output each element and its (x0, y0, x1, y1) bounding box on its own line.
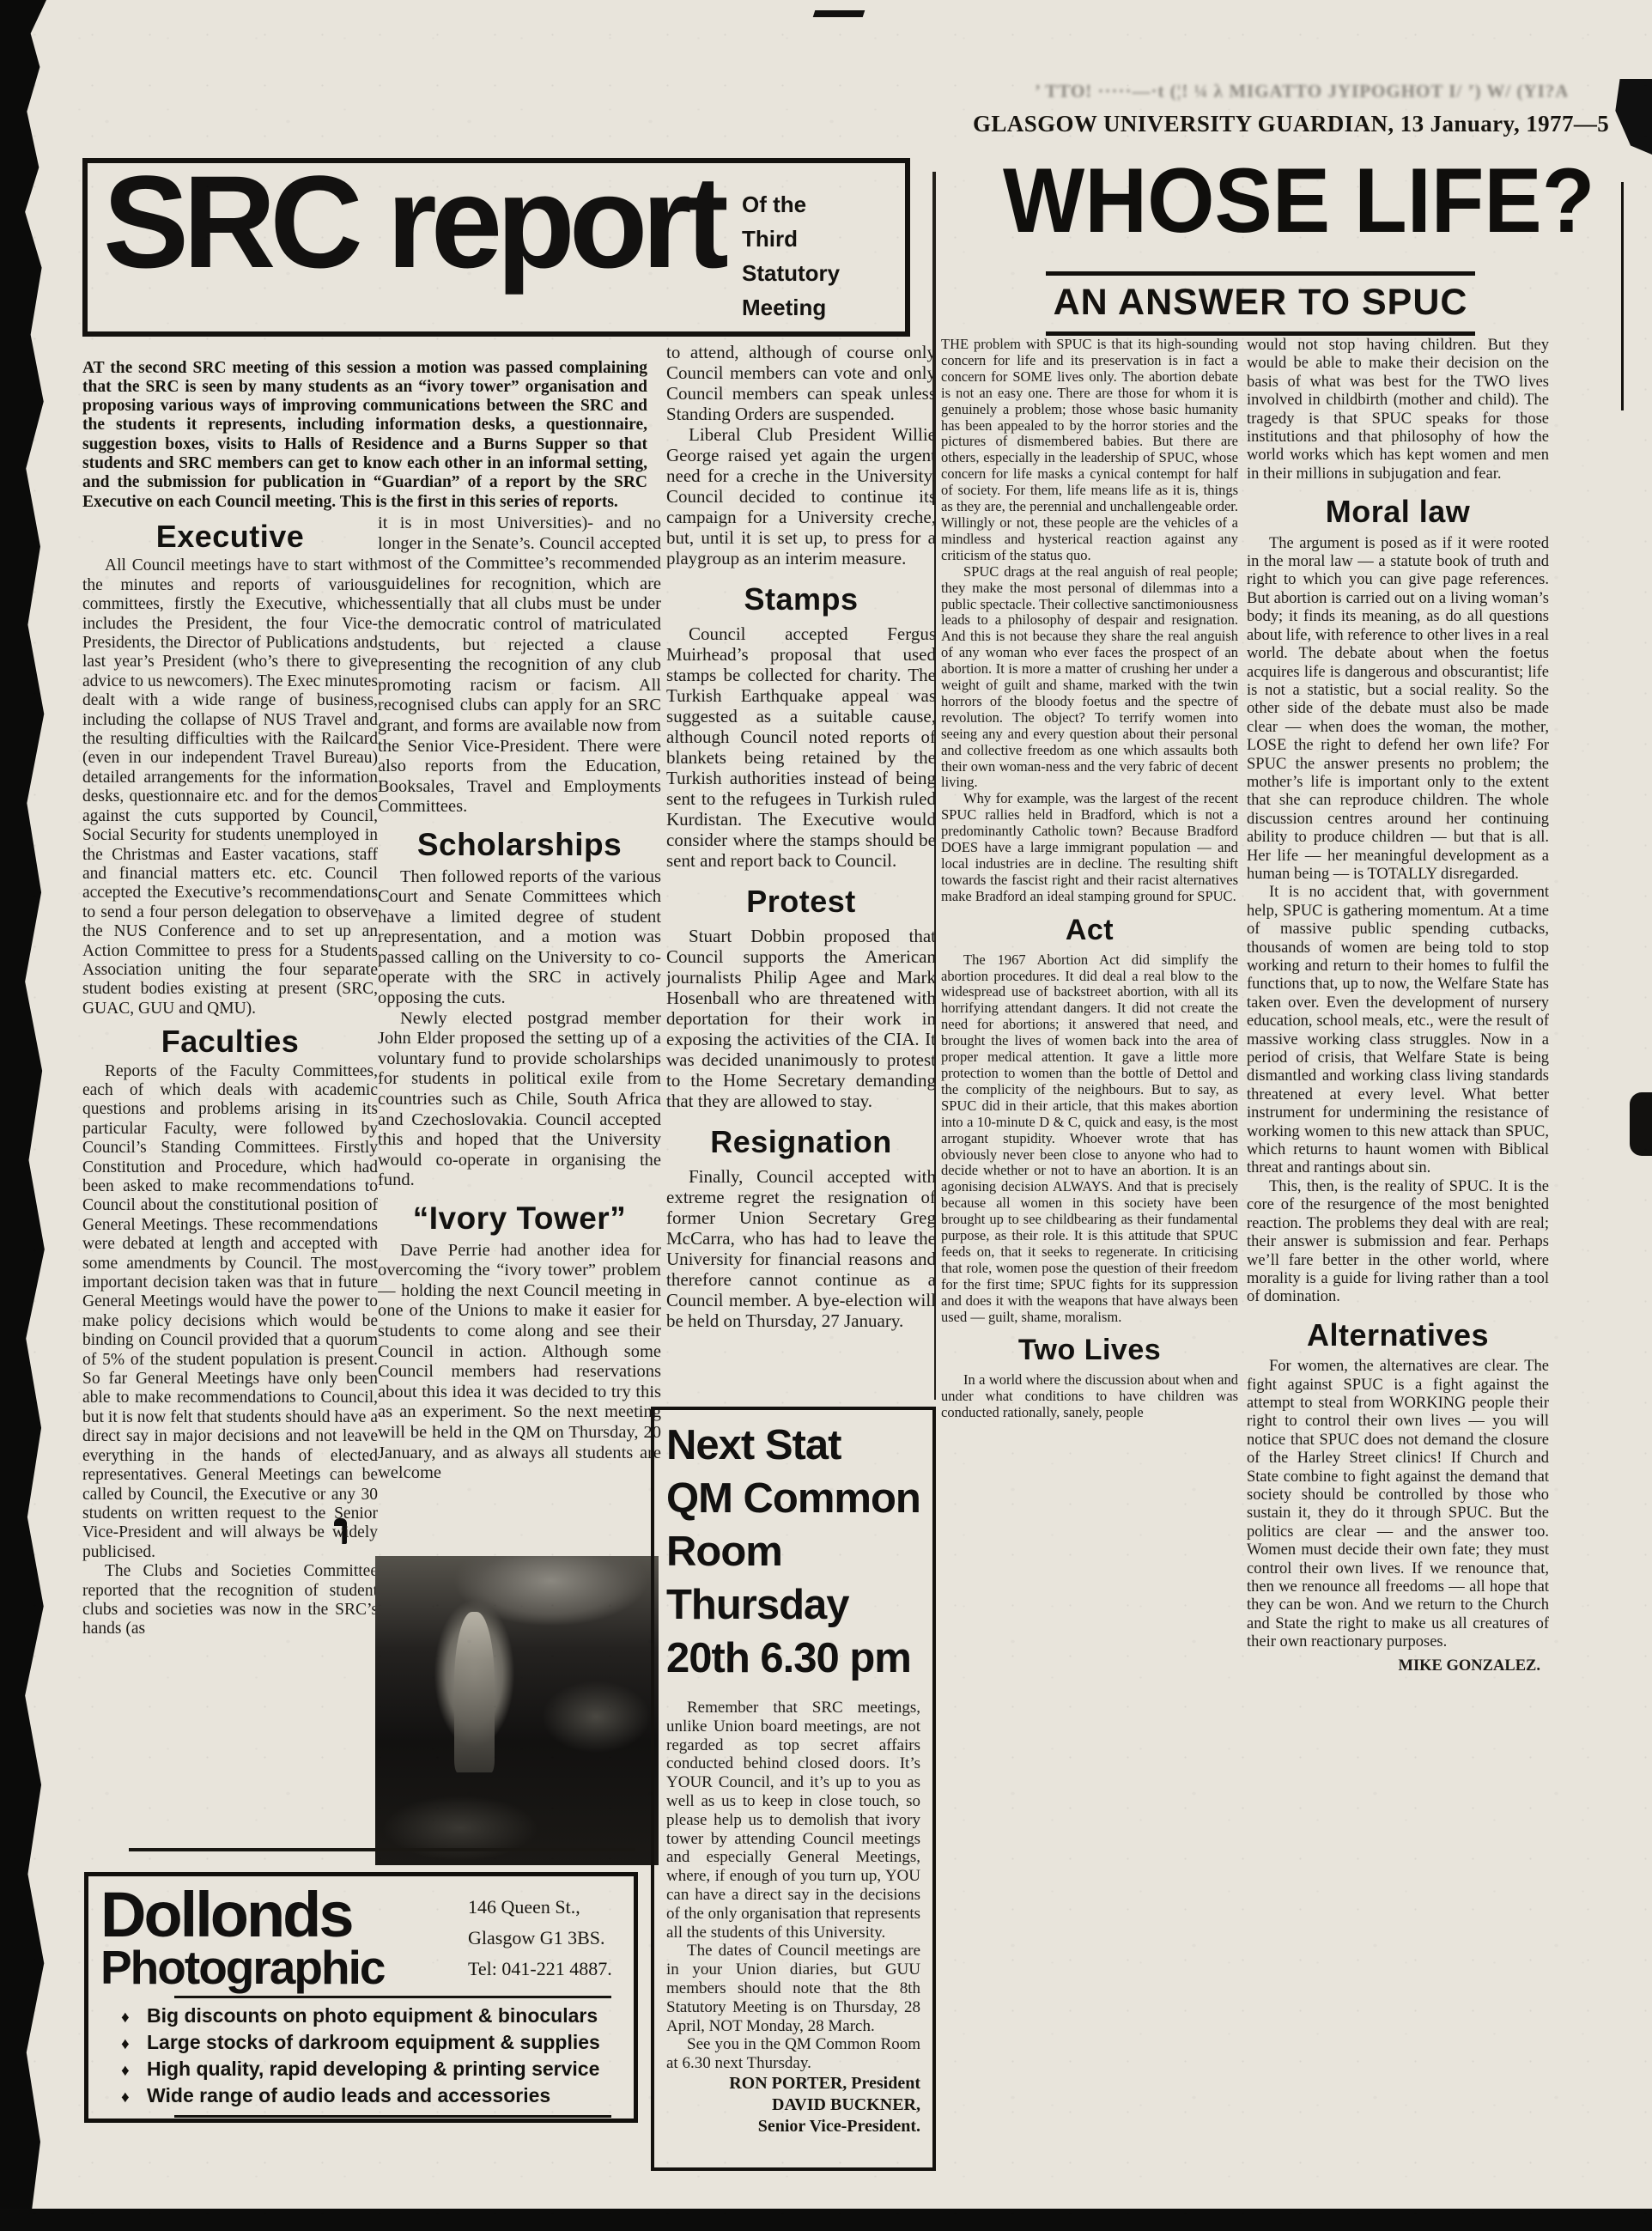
src-column-2: it is in most Universities)- and no long… (378, 514, 661, 1549)
article-paragraph: Liberal Club President Willie George rai… (666, 424, 936, 568)
diamond-bullet-icon: ♦ (121, 2005, 147, 2030)
whose-life-column-2: would not stop having children. But they… (1247, 337, 1549, 2197)
article-paragraph: For women, the alternatives are clear. T… (1247, 1358, 1549, 1652)
ad-bullet-item: ♦Large stocks of darkroom equipment & su… (121, 2030, 622, 2057)
scan-right-line (1621, 182, 1624, 410)
signature-vice-president: DAVID BUCKNER, (666, 2094, 920, 2116)
article-paragraph: The Clubs and Societies Committee report… (82, 1562, 378, 1639)
signature-president: RON PORTER, President (666, 2073, 920, 2094)
section-heading-stamps: Stamps (666, 589, 936, 610)
subtitle-rule-bottom (1046, 331, 1475, 336)
next-stat-meeting-box: Next Stat QM Common Room Thursday 20th 6… (651, 1407, 936, 2171)
signature-vice-president-title: Senior Vice-President. (666, 2116, 920, 2137)
whose-life-title: WHOSE LIFE? (1003, 155, 1594, 246)
section-heading-faculties: Faculties (82, 1032, 378, 1051)
ad-bullet-text: High quality, rapid developing & printin… (147, 2058, 599, 2080)
horizontal-rule (129, 1848, 635, 1851)
whose-life-column-1: THE problem with SPUC is that its high-s… (941, 337, 1238, 2197)
section-heading-scholarships: Scholarships (378, 835, 661, 855)
article-paragraph: THE problem with SPUC is that its high-s… (941, 337, 1238, 564)
src-report-title: SRC report (103, 149, 723, 294)
ad-bullet-item: ♦High quality, rapid developing & printi… (121, 2057, 622, 2083)
article-paragraph: SPUC drags at the real anguish of real p… (941, 564, 1238, 792)
ad-bullet-item: ♦Wide range of audio leads and accessori… (121, 2083, 622, 2110)
whose-life-subtitle-block: AN ANSWER TO SPUC (1046, 271, 1475, 336)
article-paragraph: would not stop having children. But they… (1247, 337, 1549, 483)
article-paragraph: Remember that SRC meetings, unlike Union… (666, 1699, 920, 1942)
scan-top-dash (813, 10, 865, 17)
subtitle-line: Statutory (742, 256, 840, 290)
ad-address: 146 Queen St., Glasgow G1 3BS. Tel: 041-… (468, 1892, 631, 1985)
article-paragraph: Dave Perrie had another idea for overcom… (378, 1241, 661, 1484)
subtitle-line: Meeting (742, 290, 840, 325)
photo-figure-silhouette (454, 1612, 494, 1772)
section-heading-protest: Protest (666, 891, 936, 912)
article-paragraph: Stuart Dobbin proposed that Council supp… (666, 926, 936, 1111)
diamond-bullet-icon: ♦ (121, 2085, 147, 2110)
meeting-notice-line: QM Common (666, 1472, 920, 1525)
meeting-notice-line: Room (666, 1525, 920, 1578)
council-meeting-photo (375, 1556, 659, 1865)
src-column-1: Executive All Council meetings have to s… (82, 514, 378, 1843)
meeting-notice-text: Remember that SRC meetings, unlike Union… (666, 1699, 920, 2137)
diamond-bullet-icon: ♦ (121, 2032, 147, 2057)
ad-bullet-list: ♦Big discounts on photo equipment & bino… (100, 2003, 622, 2110)
section-heading-moral-law: Moral law (1247, 502, 1549, 520)
src-report-masthead: SRC report Of the Third Statutory Meetin… (82, 158, 910, 337)
dollonds-ad: Dollonds Photographic 146 Queen St., Gla… (84, 1872, 638, 2123)
column-rule (934, 339, 936, 1400)
article-paragraph: All Council meetings have to start with … (82, 556, 378, 1018)
article-paragraph: Reports of the Faculty Committees, each … (82, 1062, 378, 1563)
author-byline: MIKE GONZALEZ. (1247, 1657, 1549, 1675)
ad-bullet-text: Large stocks of darkroom equipment & sup… (147, 2031, 600, 2053)
article-paragraph: This, then, is the reality of SPUC. It i… (1247, 1178, 1549, 1307)
article-paragraph: The 1967 Abortion Act did simplify the a… (941, 952, 1238, 1326)
subtitle-rule-top (1046, 271, 1475, 276)
section-heading-act: Act (941, 922, 1238, 939)
scan-corner-blob (1607, 79, 1652, 155)
ad-bullet-item: ♦Big discounts on photo equipment & bino… (121, 2003, 622, 2030)
section-heading-two-lives: Two Lives (941, 1342, 1238, 1359)
ad-address-line: 146 Queen St., (468, 1892, 631, 1923)
article-paragraph: See you in the QM Common Room at 6.30 ne… (666, 2035, 920, 2073)
ink-ghost-text: ’ TTO! ·····—·t (¦! ¼ λ MIGATTO JYIPOGHO… (1035, 82, 1567, 100)
diamond-bullet-icon: ♦ (121, 2058, 147, 2083)
ad-rule (174, 1996, 611, 1998)
article-paragraph: It is no accident that, with government … (1247, 884, 1549, 1178)
section-heading-alternatives: Alternatives (1247, 1326, 1549, 1344)
src-column-3: to attend, although of course only Counc… (666, 342, 936, 1400)
src-report-subtitle: Of the Third Statutory Meeting (742, 187, 840, 325)
article-paragraph: Finally, Council accepted with extreme r… (666, 1166, 936, 1331)
article-paragraph: The dates of Council meetings are in you… (666, 1942, 920, 2035)
meeting-notice-line: Thursday (666, 1578, 920, 1632)
article-paragraph: Council accepted Fergus Muirhead’s propo… (666, 623, 936, 871)
article-paragraph: Why for example, was the largest of the … (941, 791, 1238, 904)
section-heading-ivory-tower: “Ivory Tower” (378, 1208, 661, 1229)
section-heading-executive: Executive (82, 527, 378, 546)
scan-right-blob (1630, 1092, 1652, 1156)
article-paragraph: In a world where the discussion about wh… (941, 1372, 1238, 1421)
ad-bullet-text: Wide range of audio leads and accessorie… (147, 2084, 550, 2106)
src-report-intro: AT the second SRC meeting of this sessio… (82, 359, 647, 512)
subtitle-line: Of the (742, 187, 840, 222)
ad-phone: Tel: 041-221 4887. (468, 1954, 631, 1985)
meeting-notice-line: 20th 6.30 pm (666, 1632, 920, 1685)
ad-rule (174, 2115, 611, 2118)
article-paragraph: to attend, although of course only Counc… (666, 342, 936, 424)
meeting-notice-line: Next Stat (666, 1419, 920, 1472)
article-paragraph: The argument is posed as if it were root… (1247, 535, 1549, 884)
whose-life-subtitle: AN ANSWER TO SPUC (1046, 284, 1475, 321)
newspaper-page: ’ TTO! ·····—·t (¦! ¼ λ MIGATTO JYIPOGHO… (0, 0, 1652, 2231)
scan-bottom-bar (0, 2209, 1652, 2231)
section-heading-resignation: Resignation (666, 1132, 936, 1152)
article-paragraph: Then followed reports of the various Cou… (378, 867, 661, 1009)
torn-edge-left (0, 0, 46, 2231)
subtitle-line: Third (742, 222, 840, 256)
ad-address-line: Glasgow G1 3BS. (468, 1923, 631, 1954)
ad-bullet-text: Big discounts on photo equipment & binoc… (147, 2004, 598, 2027)
article-paragraph: Newly elected postgrad member John Elder… (378, 1009, 661, 1191)
article-paragraph: it is in most Universities)- and no long… (378, 514, 661, 818)
page-header: GLASGOW UNIVERSITY GUARDIAN, 13 January,… (973, 112, 1609, 137)
